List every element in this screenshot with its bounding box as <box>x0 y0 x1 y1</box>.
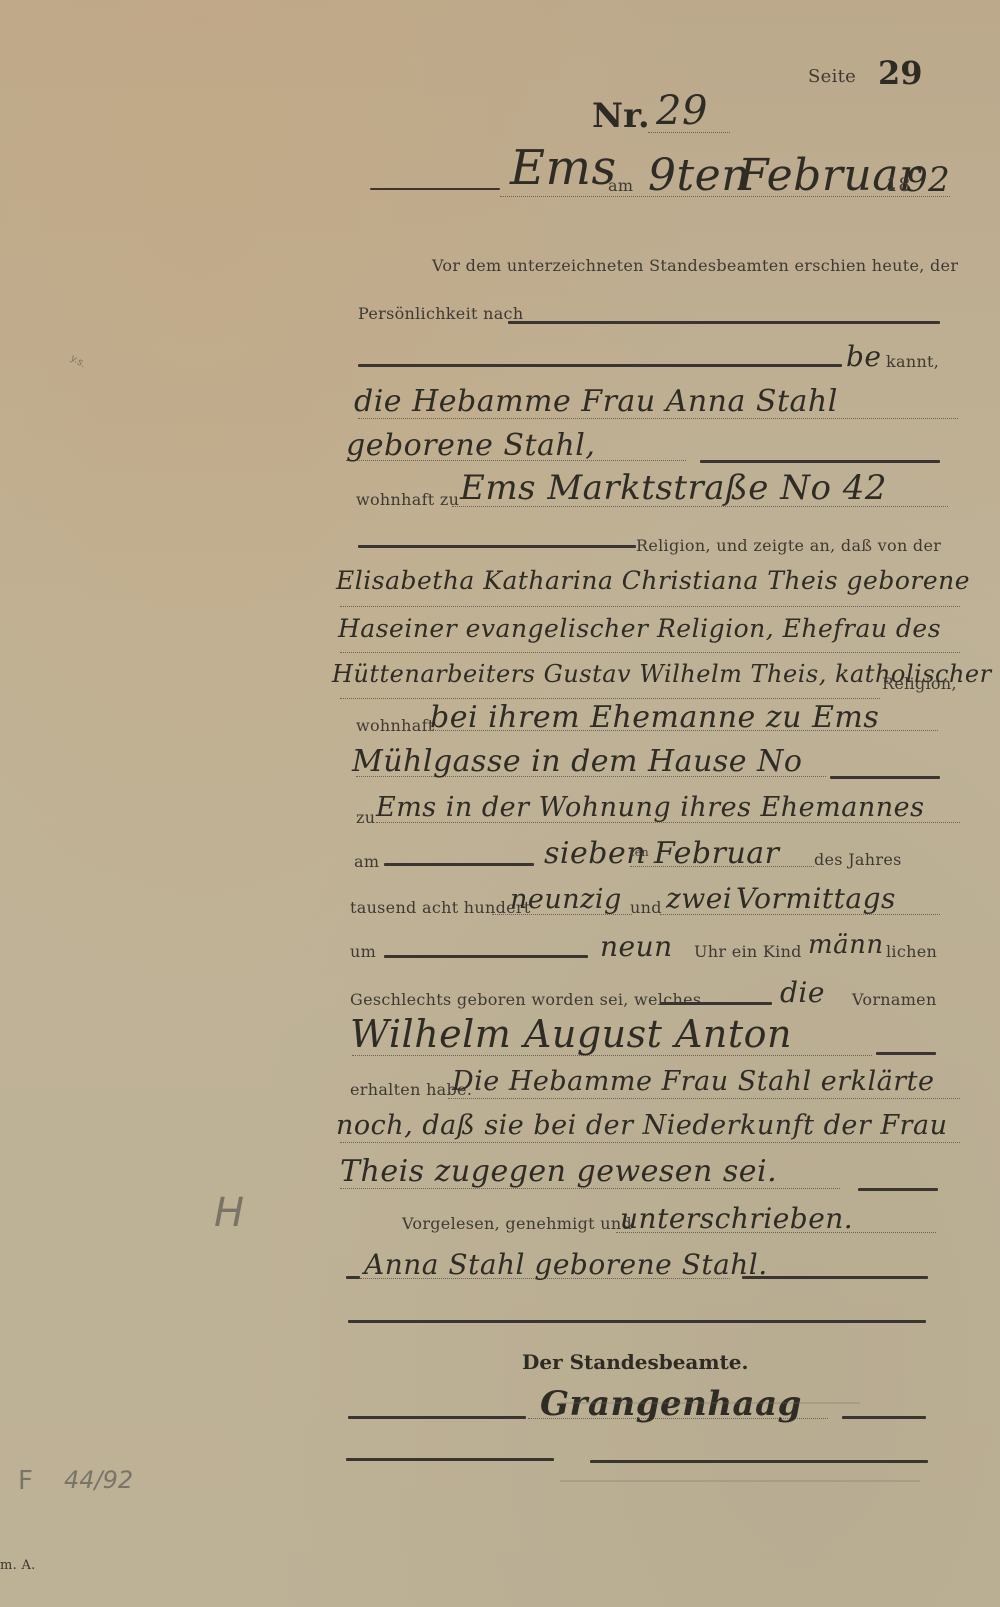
pencil-reference: 44/92 <box>64 1466 133 1494</box>
bleed-through-trace <box>560 1480 920 1482</box>
birth-month: Februar <box>654 836 780 871</box>
religion-rule <box>358 545 636 548</box>
pencil-mark-top: y.s. <box>68 353 87 371</box>
remark-line2: noch, daß sie bei der Niederkunft der Fr… <box>336 1110 947 1141</box>
und-label: und <box>630 898 662 917</box>
child-names-rule <box>876 1052 936 1055</box>
am-label: am <box>354 852 379 871</box>
remark-line1-dots <box>448 1098 960 1099</box>
entry-number-label: Nr. <box>592 96 650 136</box>
read-label: Vorgelesen, genehmigt und <box>402 1214 632 1233</box>
registrar-rule-right <box>842 1416 926 1419</box>
remark-line3-rule <box>858 1188 938 1191</box>
sex-suffix: lichen <box>886 942 937 961</box>
date-am-label: am <box>608 176 633 195</box>
sex-handwritten: männ <box>808 930 884 960</box>
remark-line2-dots <box>340 1142 960 1143</box>
form-code: m. A. <box>0 1558 36 1573</box>
registrar-signature: Grangenhaag <box>540 1384 802 1424</box>
article: die <box>780 976 825 1009</box>
read-handwritten: unterschrieben. <box>620 1202 853 1235</box>
birth-day-rule <box>384 863 534 866</box>
informant-signature-rule <box>742 1276 928 1279</box>
um-label: um <box>350 942 376 961</box>
informant-signature: Anna Stahl geborene Stahl. <box>364 1248 768 1281</box>
closing-rule <box>348 1320 926 1323</box>
religion-line: Religion, und zeigte an, daß von der <box>636 536 941 555</box>
informant-line2-rule <box>700 460 940 463</box>
mother-line2-dots <box>340 652 960 653</box>
gender-line: Geschlechts geboren worden sei, welches <box>350 990 701 1009</box>
pencil-reference-prefix: F <box>18 1466 33 1496</box>
informant-line1: die Hebamme Frau Anna Stahl <box>354 384 838 419</box>
mother-line1: Elisabetha Katharina Christiana Theis ge… <box>336 566 970 595</box>
zu-label: zu <box>356 808 375 827</box>
mother-residence2-rule <box>830 776 940 779</box>
remark-line3: Theis zugegen gewesen sei. <box>340 1154 777 1189</box>
uhr-label: Uhr ein Kind <box>694 942 802 961</box>
bleed-through-trace <box>560 1402 860 1404</box>
article-rule <box>660 1002 772 1005</box>
personality-rule <box>508 321 940 324</box>
hour-rule <box>384 955 588 958</box>
personality-label: Persönlichkeit nach <box>358 304 523 323</box>
page-number: 29 <box>878 54 923 92</box>
time-of-day: Vormittags <box>736 882 896 915</box>
informant-line2: geborene Stahl, <box>346 428 595 463</box>
mother-line1-dots <box>340 606 960 607</box>
vornamen-label: Vornamen <box>852 990 937 1009</box>
registrar-rule-left <box>348 1416 526 1419</box>
remark-line1: Die Hebamme Frau Stahl erklärte <box>452 1066 935 1097</box>
religion-label2: Religion, <box>882 674 957 693</box>
pencil-mark-middle: H <box>214 1190 244 1236</box>
mother-residence2: Mühlgasse in dem Hause No <box>352 744 802 779</box>
known-prefix: be <box>846 340 882 373</box>
mother-line3-dots <box>340 698 880 699</box>
known-suffix: kannt, <box>886 352 939 371</box>
intro-line: Vor dem unterzeichneten Standesbeamten e… <box>432 256 958 275</box>
birth-place: Ems in der Wohnung ihres Ehemannes <box>376 792 924 823</box>
known-rule <box>358 364 842 367</box>
page-label: Seite <box>808 66 856 87</box>
hour: neun <box>600 930 673 963</box>
entry-number: 29 <box>656 88 708 134</box>
informant-residence: Ems Marktstraße No 42 <box>460 468 887 508</box>
registry-day: 9ten <box>648 150 750 201</box>
bottom-rule-right <box>590 1460 928 1463</box>
date-leading-rule <box>370 188 500 190</box>
des-jahres-label: des Jahres <box>814 850 902 869</box>
registry-place: Ems <box>510 140 617 196</box>
year-word2: zwei <box>666 882 732 915</box>
informant-signature-lead <box>346 1276 360 1279</box>
child-names: Wilhelm August Anton <box>350 1012 792 1056</box>
resident-label: wohnhaft zu <box>356 490 459 509</box>
mother-line2: Haseiner evangelischer Religion, Ehefrau… <box>338 614 941 643</box>
birth-day-suffix: ten <box>630 846 649 859</box>
resident-label2: wohnhaft <box>356 716 435 735</box>
bottom-rule-left <box>346 1458 554 1461</box>
mother-residence1: bei ihrem Ehemanne zu Ems <box>430 700 879 735</box>
registrar-label: Der Standesbeamte. <box>522 1350 748 1374</box>
year-word: neunzig <box>510 884 622 915</box>
year-handwritten-suffix: 92 <box>906 160 950 200</box>
